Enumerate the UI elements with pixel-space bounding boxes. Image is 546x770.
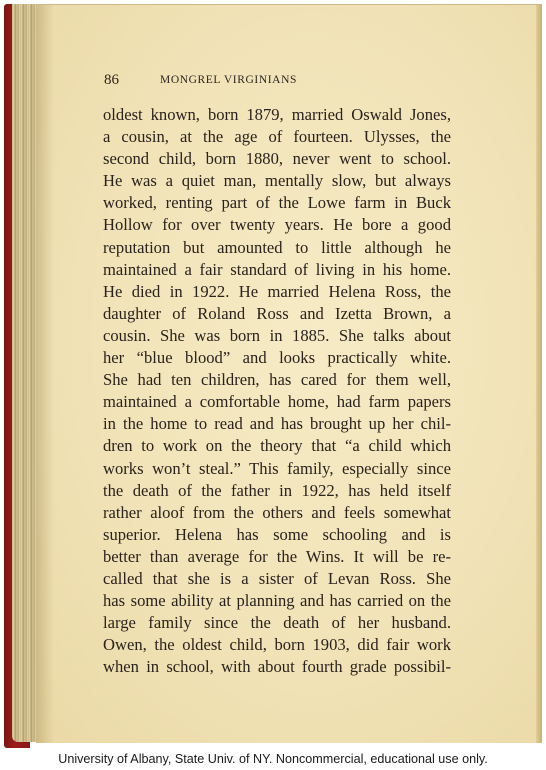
text-line: works won’t steal.” This family, especia… [103,458,451,480]
text-line: the death of the father in 1922, has hel… [103,480,451,502]
running-head-title: MONGREL VIRGINIANS [160,74,297,86]
text-line: She had ten children, has cared for them… [103,369,451,391]
text-line: second child, born 1880, never went to s… [103,148,451,170]
text-line: reputation but amounted to little althou… [103,237,451,259]
text-line: called that she is a sister of Levan Ros… [103,568,451,590]
text-line: has some ability at planning and has car… [103,590,451,612]
text-line: rather aloof from the others and feels s… [103,502,451,524]
text-line: worked, renting part of the Lowe farm in… [103,192,451,214]
text-line: He died in 1922. He married Helena Ross,… [103,281,451,303]
text-line: cousin. She was born in 1885. She talks … [103,325,451,347]
page-number: 86 [104,72,119,89]
text-line: maintained a comfortable home, had farm … [103,391,451,413]
text-line: in the home to read and has brought up h… [103,413,451,435]
text-line: Owen, the oldest child, born 1903, did f… [103,634,451,656]
text-line: when in school, with about fourth grade … [103,656,451,678]
text-line: daughter of Roland Ross and Izetta Brown… [103,303,451,325]
text-line: oldest known, born 1879, married Oswald … [103,104,451,126]
footer-credit: University of Albany, State Univ. of NY.… [0,749,546,770]
text-line: her “blue blood” and looks practically w… [103,347,451,369]
gutter-shadow [36,5,54,743]
text-line: better than average for the Wins. It wil… [103,546,451,568]
text-line: superior. Helena has some schooling and … [103,524,451,546]
book-scan: 86 MONGREL VIRGINIANS oldest known, born… [0,0,546,748]
text-line: He was a quiet man, mentally slow, but a… [103,170,451,192]
text-line: Hollow for over twenty years. He bore a … [103,214,451,236]
body-text: oldest known, born 1879, married Oswald … [103,104,451,678]
running-head: 86 MONGREL VIRGINIANS [104,72,434,92]
text-line: maintained a fair standard of living in … [103,259,451,281]
text-line: large family since the death of her husb… [103,612,451,634]
text-line: dren to work on the theory that “a child… [103,435,451,457]
page-right-edge [536,5,542,743]
text-line: a cousin, at the age of fourteen. Ulysse… [103,126,451,148]
